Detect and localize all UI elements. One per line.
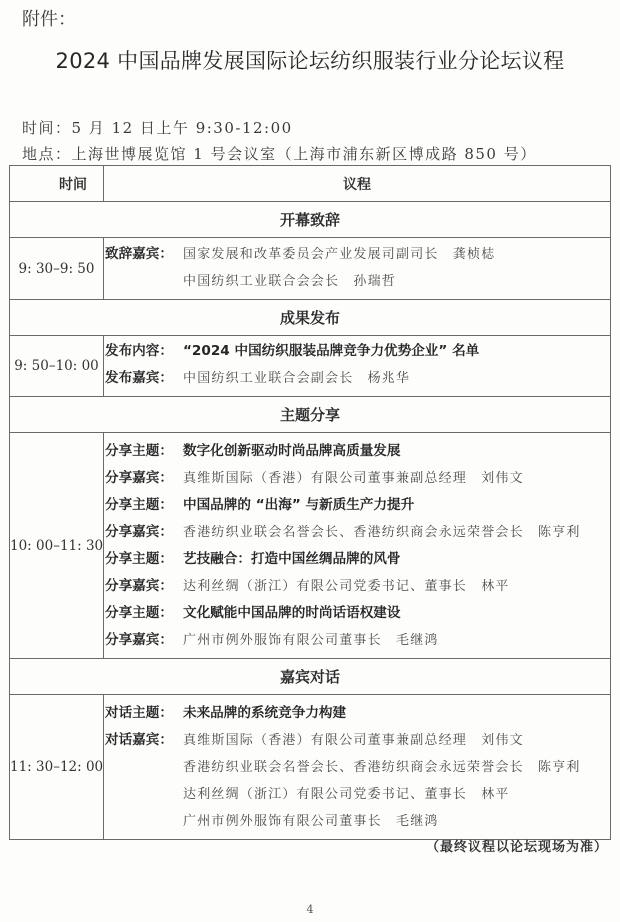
guest-text: 达利丝绸（浙江）有限公司党委书记、董事长 林平 — [183, 579, 510, 594]
agenda-line: 对话嘉宾：真维斯国际（香港）有限公司董事兼副总经理 刘伟文 — [105, 727, 610, 754]
agenda-details: 对话主题：未来品牌的系统竞争力构建 对话嘉宾：真维斯国际（香港）有限公司董事兼副… — [104, 695, 611, 840]
agenda-row: 10: 00–11: 30 分享主题：数字化创新驱动时尚品牌高质量发展 分享嘉宾… — [10, 433, 611, 659]
time-slot: 9: 50–10: 00 — [10, 336, 104, 397]
final-agenda-note: （最终议程以论坛现场为准） — [426, 836, 608, 855]
agenda-line: 对话主题：未来品牌的系统竞争力构建 — [105, 700, 610, 727]
attachment-label: 附件： — [22, 5, 76, 31]
line-label: 对话主题： — [105, 700, 183, 727]
agenda-row: 11: 30–12: 00 对话主题：未来品牌的系统竞争力构建 对话嘉宾：真维斯… — [10, 695, 611, 840]
section-header-row: 开幕致辞 — [10, 202, 611, 238]
agenda-line: 香港纺织业联会名誉会长、香港纺织商会永远荣誉会长 陈亨利 — [105, 754, 610, 781]
line-label: 分享主题： — [105, 492, 183, 519]
section-header-row: 主题分享 — [10, 397, 611, 433]
topic-text: 数字化创新驱动时尚品牌高质量发展 — [183, 443, 401, 459]
line-label: 发布内容： — [105, 338, 183, 365]
guest-text: 广州市例外服饰有限公司董事长 毛继鸿 — [183, 633, 439, 648]
agenda-line: 分享嘉宾：广州市例外服饰有限公司董事长 毛继鸿 — [105, 627, 610, 654]
topic-text: 艺技融合：打造中国丝绸品牌的风骨 — [183, 551, 401, 567]
agenda-line: 分享主题：艺技融合：打造中国丝绸品牌的风骨 — [105, 546, 610, 573]
agenda-details: 致辞嘉宾：国家发展和改革委员会产业发展司副司长 龚桢梽 中国纺织工业联合会会长 … — [104, 238, 611, 300]
event-time: 时间：5 月 12 日上午 9:30-12:00 — [22, 117, 293, 138]
agenda-line: 中国纺织工业联合会会长 孙瑞哲 — [105, 268, 610, 295]
guest-text: 香港纺织业联会名誉会长、香港纺织商会永远荣誉会长 陈亨利 — [183, 525, 581, 540]
section-header-row: 成果发布 — [10, 300, 611, 336]
page-number: 4 — [0, 903, 620, 916]
column-header-time: 时间 — [10, 166, 104, 202]
section-title-dialogue: 嘉宾对话 — [10, 659, 611, 695]
agenda-line: 分享主题：文化赋能中国品牌的时尚话语权建设 — [105, 600, 610, 627]
agenda-line: 分享嘉宾：真维斯国际（香港）有限公司董事兼副总经理 刘伟文 — [105, 465, 610, 492]
agenda-row: 9: 50–10: 00 发布内容：“2024 中国纺织服装品牌竞争力优势企业”… — [10, 336, 611, 397]
line-label: 致辞嘉宾： — [105, 241, 183, 268]
guest-text: 中国纺织工业联合会副会长 杨兆华 — [183, 371, 410, 386]
agenda-line: 达利丝绸（浙江）有限公司党委书记、董事长 林平 — [105, 781, 610, 808]
line-label: 分享主题： — [105, 546, 183, 573]
section-title-results: 成果发布 — [10, 300, 611, 336]
line-label: 分享嘉宾： — [105, 465, 183, 492]
topic-text: 未来品牌的系统竞争力构建 — [183, 705, 346, 721]
agenda-line: 发布嘉宾：中国纺织工业联合会副会长 杨兆华 — [105, 365, 610, 392]
line-label: 分享主题： — [105, 600, 183, 627]
section-title-opening: 开幕致辞 — [10, 202, 611, 238]
agenda-line: 分享主题：中国品牌的 “出海” 与新质生产力提升 — [105, 492, 610, 519]
agenda-details: 分享主题：数字化创新驱动时尚品牌高质量发展 分享嘉宾：真维斯国际（香港）有限公司… — [104, 433, 611, 659]
guest-text: 香港纺织业联会名誉会长、香港纺织商会永远荣誉会长 陈亨利 — [183, 760, 581, 775]
section-title-keynotes: 主题分享 — [10, 397, 611, 433]
event-location: 地点：上海世博展览馆 1 号会议室（上海市浦东新区博成路 850 号） — [22, 143, 537, 164]
agenda-details: 发布内容：“2024 中国纺织服装品牌竞争力优势企业” 名单 发布嘉宾：中国纺织… — [104, 336, 611, 397]
agenda-line: 分享主题：数字化创新驱动时尚品牌高质量发展 — [105, 438, 610, 465]
section-header-row: 嘉宾对话 — [10, 659, 611, 695]
time-slot: 10: 00–11: 30 — [10, 433, 104, 659]
agenda-row: 9: 30–9: 50 致辞嘉宾：国家发展和改革委员会产业发展司副司长 龚桢梽 … — [10, 238, 611, 300]
guest-text: 达利丝绸（浙江）有限公司党委书记、董事长 林平 — [183, 787, 510, 802]
guest-text: 真维斯国际（香港）有限公司董事兼副总经理 刘伟文 — [183, 471, 524, 486]
time-slot: 11: 30–12: 00 — [10, 695, 104, 840]
agenda-line: 分享嘉宾：达利丝绸（浙江）有限公司党委书记、董事长 林平 — [105, 573, 610, 600]
agenda-table: 时间 议程 开幕致辞 9: 30–9: 50 致辞嘉宾：国家发展和改革委员会产业… — [9, 165, 611, 840]
guest-text: 广州市例外服饰有限公司董事长 毛继鸿 — [183, 814, 439, 829]
agenda-line: 发布内容：“2024 中国纺织服装品牌竞争力优势企业” 名单 — [105, 338, 610, 365]
line-label: 分享嘉宾： — [105, 627, 183, 654]
time-slot: 9: 30–9: 50 — [10, 238, 104, 300]
topic-text: “2024 中国纺织服装品牌竞争力优势企业” 名单 — [183, 343, 479, 359]
line-label: 分享主题： — [105, 438, 183, 465]
topic-text: 文化赋能中国品牌的时尚话语权建设 — [183, 605, 401, 621]
agenda-line: 广州市例外服饰有限公司董事长 毛继鸿 — [105, 808, 610, 835]
line-label: 发布嘉宾： — [105, 365, 183, 392]
line-label: 对话嘉宾： — [105, 727, 183, 754]
guest-text: 国家发展和改革委员会产业发展司副司长 龚桢梽 — [183, 247, 495, 262]
agenda-line: 致辞嘉宾：国家发展和改革委员会产业发展司副司长 龚桢梽 — [105, 241, 610, 268]
line-label: 分享嘉宾： — [105, 519, 183, 546]
topic-text: 中国品牌的 “出海” 与新质生产力提升 — [183, 497, 414, 513]
agenda-line: 分享嘉宾：香港纺织业联会名誉会长、香港纺织商会永远荣誉会长 陈亨利 — [105, 519, 610, 546]
guest-text: 中国纺织工业联合会会长 孙瑞哲 — [183, 274, 396, 289]
column-header-agenda: 议程 — [104, 166, 611, 202]
guest-text: 真维斯国际（香港）有限公司董事兼副总经理 刘伟文 — [183, 733, 524, 748]
table-header-row: 时间 议程 — [10, 166, 611, 202]
line-label: 分享嘉宾： — [105, 573, 183, 600]
document-title: 2024 中国品牌发展国际论坛纺织服装行业分论坛议程 — [0, 45, 620, 75]
